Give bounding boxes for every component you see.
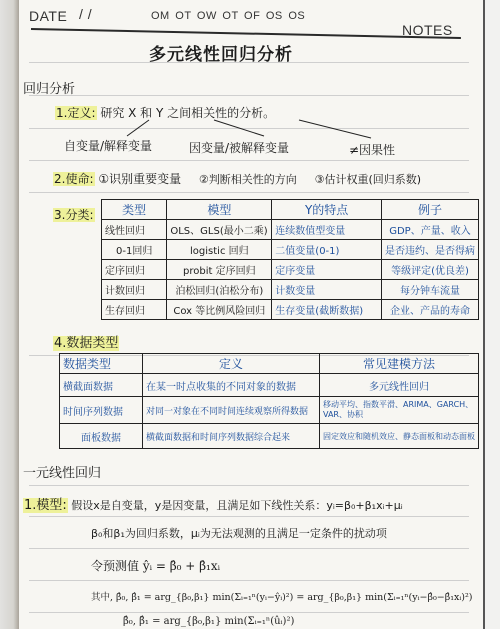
- table-row: 定序回归 probit 定序回归 定序变量 等级评定(优良差): [102, 260, 479, 280]
- table-cell: 生存回归: [102, 300, 167, 320]
- table-cell: 多元线性回归: [319, 374, 478, 397]
- table-cell: 时间序列数据: [60, 397, 143, 424]
- header-cell: 类型: [102, 200, 167, 220]
- model-line-2: β₀和β₁为回归系数，μᵢ为无法观测的且满足一定条件的扰动项: [91, 525, 387, 541]
- header-cell: 常见建模方法: [319, 354, 478, 374]
- ruled-line: [29, 612, 469, 613]
- table-row: 生存回归 Cox 等比例风险回归 生存变量(截断数据) 企业、产品的寿命: [102, 300, 479, 320]
- table-cell: 企业、产品的寿命: [381, 300, 478, 320]
- ruled-line: [29, 548, 469, 549]
- dependent-variable-note: 因变量/被解释变量: [189, 139, 289, 156]
- table-cell: probit 定序回归: [167, 260, 272, 280]
- table-row: 横截面数据 在某一时点收集的不同对象的数据 多元线性回归: [60, 374, 479, 397]
- header-cell: 例子: [381, 200, 478, 220]
- ols-objective-formula: 其中, β̂₀, β̂₁ = arg_{β₀,β₁} min(Σᵢ₌₁ⁿ(yᵢ−…: [91, 589, 473, 603]
- table-cell: 计数变量: [272, 280, 382, 300]
- table-cell: 等级评定(优良差): [381, 260, 478, 280]
- date-label: DATE: [29, 8, 67, 24]
- prediction-formula: 令预测值 ŷᵢ = β̂₀ + β̂₁xᵢ: [91, 557, 220, 574]
- table-cell: Cox 等比例风险回归: [167, 300, 272, 320]
- table-cell: 每分钟车流量: [381, 280, 478, 300]
- data-types-label: 4.数据类型: [53, 336, 119, 351]
- model-line-1: 1.模型: 假设x是自变量，y是因变量，且满足如下线性关系：yᵢ=β₀+β₁xᵢ…: [23, 494, 403, 513]
- section-heading-simple-regression: 一元线性回归: [23, 462, 101, 481]
- table-cell: 生存变量(截断数据): [272, 300, 382, 320]
- not-causality-note: ≠因果性: [349, 141, 395, 158]
- mission-item: ①识别重要变量: [98, 172, 181, 186]
- table-cell: GDP、产量、收入: [381, 220, 478, 240]
- table-row: 线性回归 OLS、GLS(最小二乘) 连续数值型变量 GDP、产量、收入: [102, 220, 479, 240]
- header-cell: Y的特点: [272, 200, 382, 220]
- header-cell: 模型: [167, 200, 272, 220]
- mission-line: 2.使命: ①识别重要变量 ②判断相关性的方向 ③估计权重(回归系数): [53, 170, 421, 187]
- table-row: 时间序列数据 对同一对象在不同时间连续观察所得数据 移动平均、指数平滑、ARIM…: [60, 397, 479, 424]
- ruled-line: [29, 192, 469, 193]
- table-cell: 横截面数据和时间序列数据综合起来: [142, 424, 319, 449]
- weekday-markers: OM OT OW OT OF OS OS: [151, 10, 305, 22]
- background-strip: [485, 0, 500, 629]
- regression-types-table: 类型 模型 Y的特点 例子 线性回归 OLS、GLS(最小二乘) 连续数值型变量…: [101, 199, 479, 320]
- definition-label: 1.定义:: [55, 106, 97, 120]
- classification-label-wrap: 3.分类:: [53, 206, 95, 223]
- table-cell: 对同一对象在不同时间连续观察所得数据: [142, 397, 319, 424]
- ruled-line: [29, 580, 469, 581]
- mission-label: 2.使命:: [53, 172, 95, 186]
- ruled-line: [29, 516, 469, 517]
- table-cell: 是否违约、是否得病: [381, 240, 478, 260]
- notebook-binding: [0, 0, 19, 629]
- mission-item: ②判断相关性的方向: [199, 173, 297, 186]
- header-underline: [31, 28, 461, 39]
- table-cell: 面板数据: [60, 424, 143, 449]
- header-cell: 定义: [142, 354, 319, 374]
- table-header-row: 数据类型 定义 常见建模方法: [60, 354, 479, 374]
- notebook-page: DATE / / OM OT OW OT OF OS OS NOTES 多元线性…: [19, 0, 483, 629]
- table-cell: 线性回归: [102, 220, 167, 240]
- data-types-label-wrap: 4.数据类型: [53, 332, 119, 351]
- section-heading-regression: 回归分析: [23, 78, 75, 97]
- model-text: 假设x是自变量，y是因变量，且满足如下线性关系：yᵢ=β₀+β₁xᵢ+μᵢ: [71, 499, 402, 512]
- date-slashes: / /: [79, 6, 92, 22]
- table-row: 计数回归 泊松回归(泊松分布) 计数变量 每分钟车流量: [102, 280, 479, 300]
- residual-objective-formula: β̂₀, β̂₁ = arg_{β₀,β₁} min(Σᵢ₌₁ⁿ(ûᵢ)²): [123, 616, 294, 627]
- header-cell: 数据类型: [60, 354, 143, 374]
- data-types-table: 数据类型 定义 常见建模方法 横截面数据 在某一时点收集的不同对象的数据 多元线…: [59, 353, 479, 449]
- table-row: 0-1回归 logistic 回归 二值变量(0-1) 是否违约、是否得病: [102, 240, 479, 260]
- table-cell: 泊松回归(泊松分布): [167, 280, 272, 300]
- model-label: 1.模型:: [23, 498, 68, 513]
- table-cell: 定序回归: [102, 260, 167, 280]
- table-cell: 二值变量(0-1): [272, 240, 382, 260]
- table-cell: 连续数值型变量: [272, 220, 382, 240]
- ruled-line: [29, 95, 469, 96]
- table-cell: OLS、GLS(最小二乘): [167, 220, 272, 240]
- ruled-line: [29, 160, 469, 161]
- classification-label: 3.分类:: [53, 208, 95, 222]
- table-cell: 计数回归: [102, 280, 167, 300]
- table-cell: 在某一时点收集的不同对象的数据: [142, 374, 319, 397]
- table-cell: 横截面数据: [60, 374, 143, 397]
- table-row: 面板数据 横截面数据和时间序列数据综合起来 固定效应和随机效应、静态面板和动态面…: [60, 424, 479, 449]
- table-cell: 0-1回归: [102, 240, 167, 260]
- table-cell: 定序变量: [272, 260, 382, 280]
- table-cell: 固定效应和随机效应、静态面板和动态面板: [319, 424, 478, 449]
- table-header-row: 类型 模型 Y的特点 例子: [102, 200, 479, 220]
- ruled-line: [29, 485, 469, 486]
- table-cell: logistic 回归: [167, 240, 272, 260]
- page-title: 多元线性回归分析: [149, 40, 293, 65]
- independent-variable-note: 自变量/解释变量: [64, 137, 152, 154]
- table-cell: 移动平均、指数平滑、ARIMA、GARCH、VAR、协积: [319, 397, 478, 424]
- mission-item: ③估计权重(回归系数): [315, 173, 421, 186]
